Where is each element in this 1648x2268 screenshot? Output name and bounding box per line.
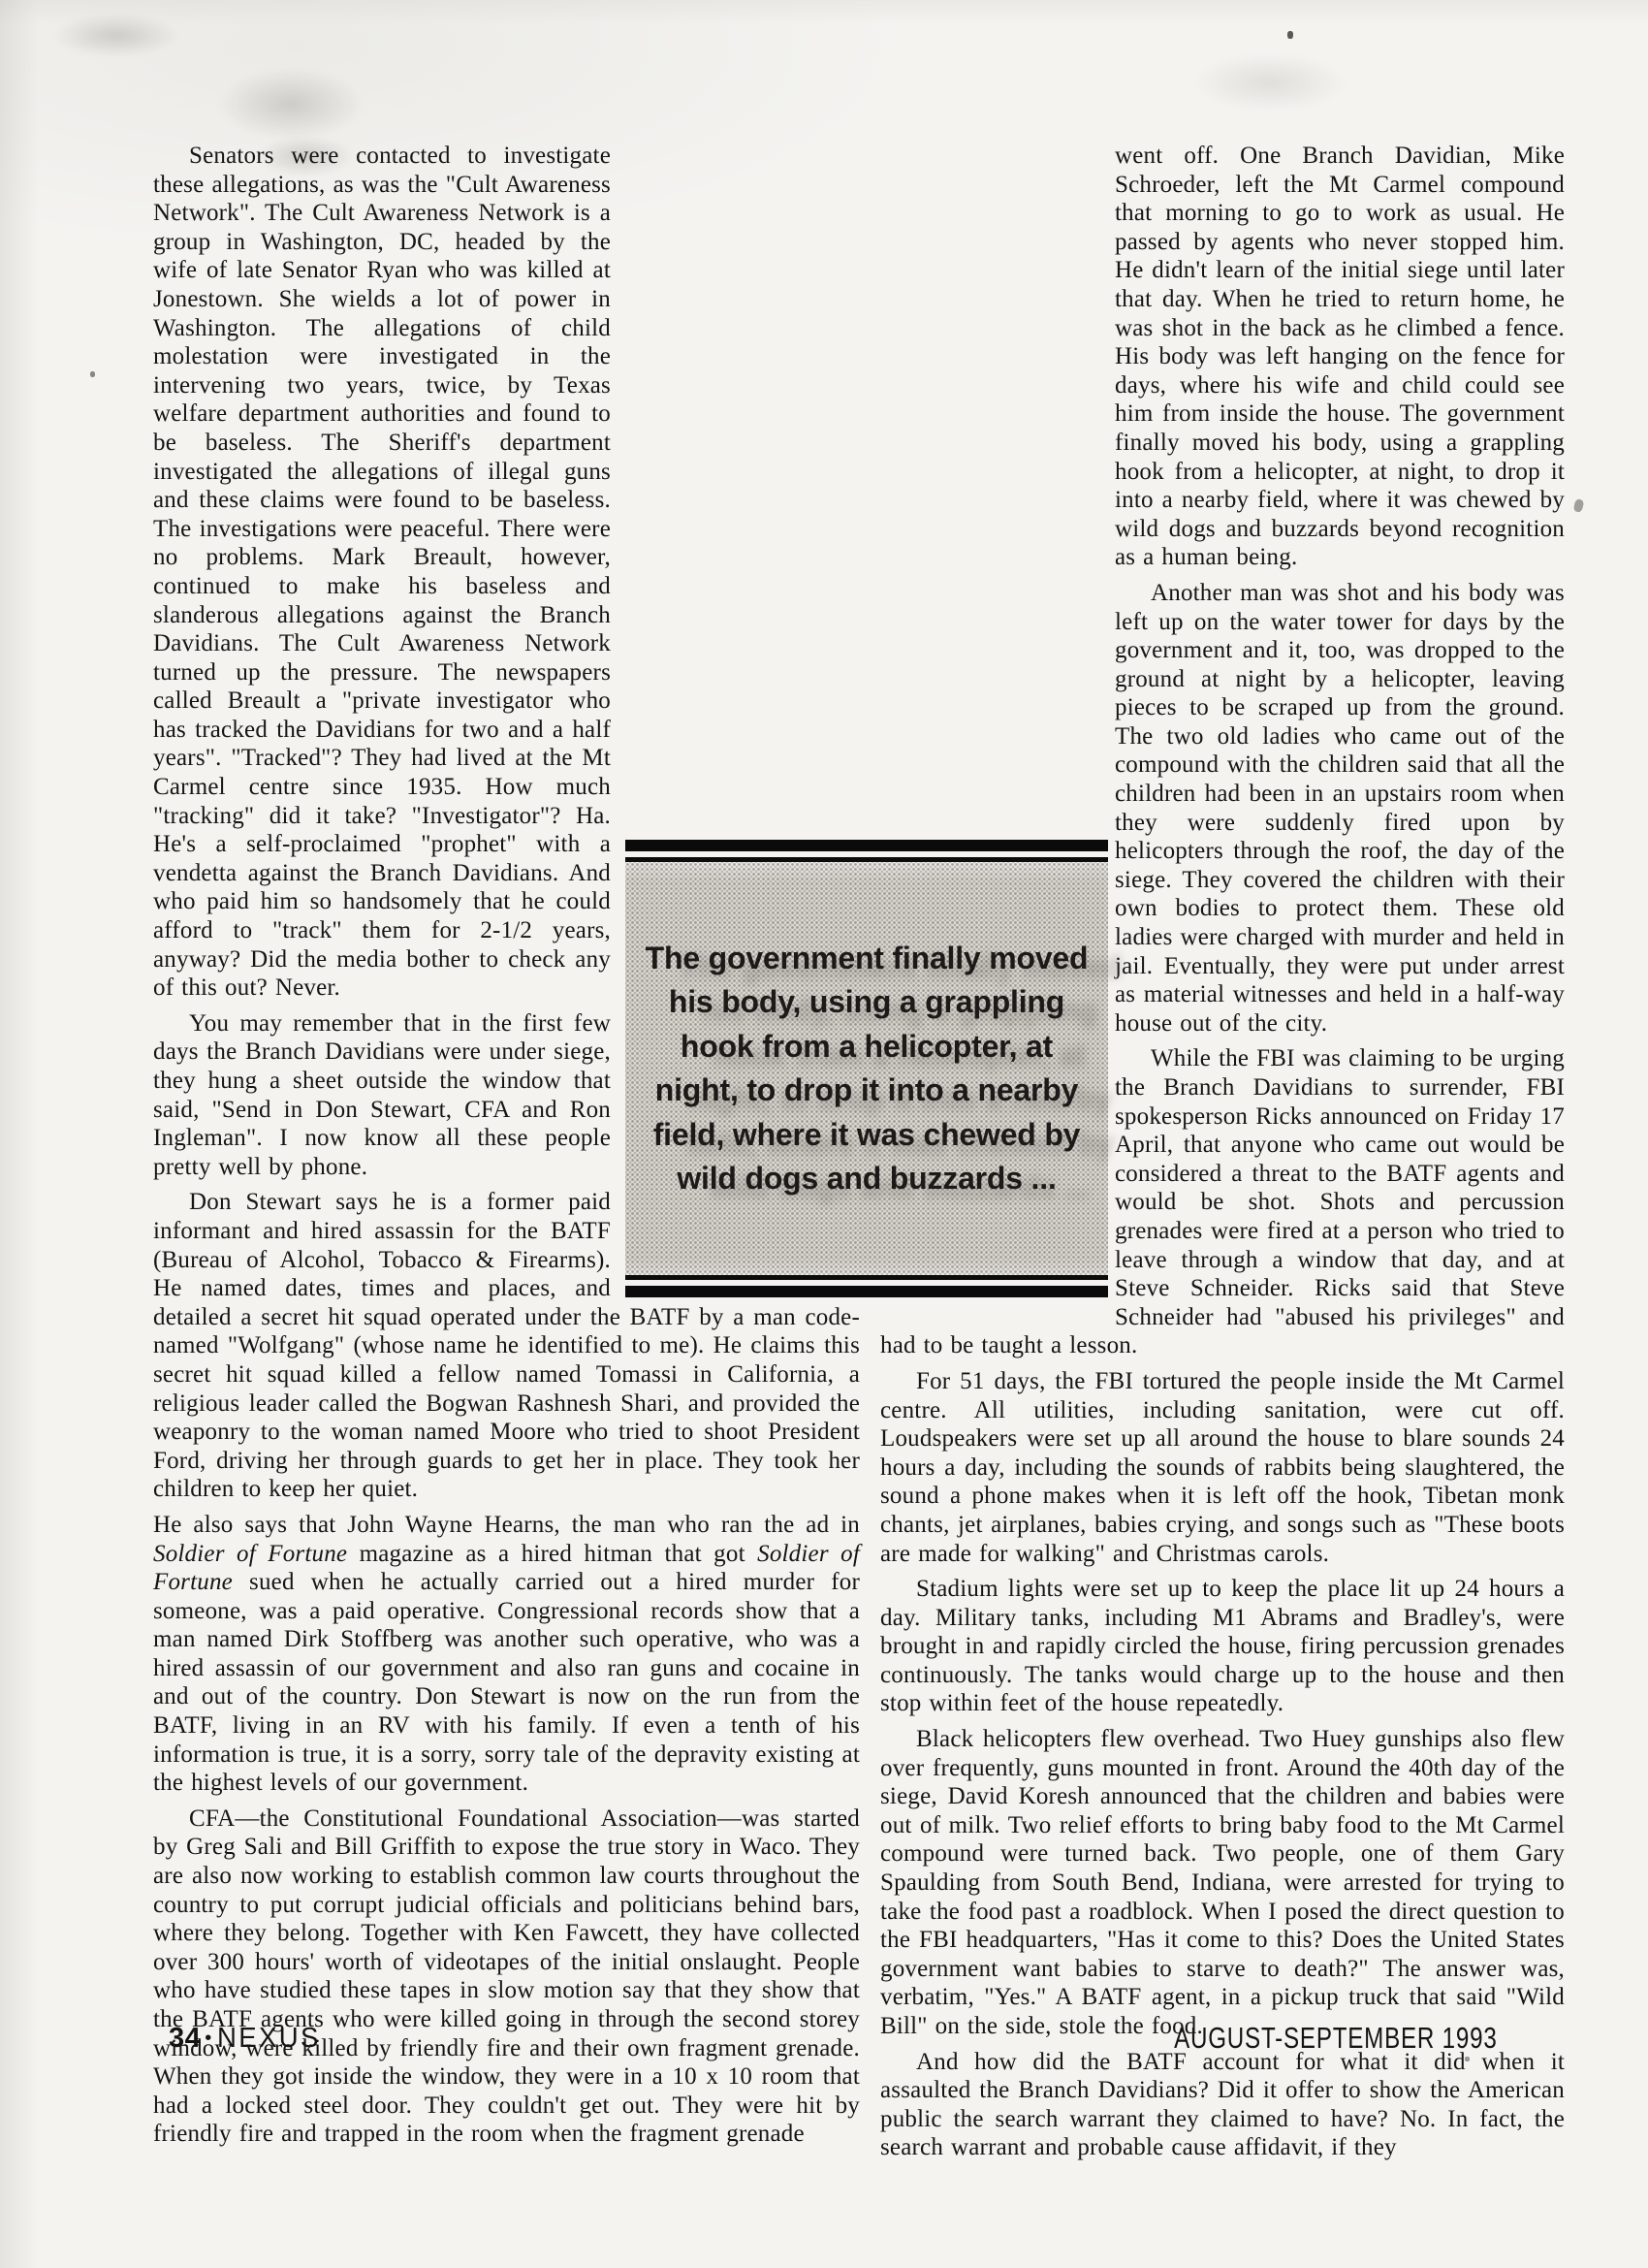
italic-text-run: Soldier of Fortune	[153, 1541, 347, 1567]
footer-issue-date: AUGUST-SEPTEMBER 1993	[1174, 2021, 1498, 2056]
footer: 34 • NEXUS	[169, 2023, 327, 2055]
pull-quote-text: The government finally moved his body, u…	[637, 937, 1096, 1201]
pullquote-top-bar	[625, 840, 1108, 851]
scan-speck	[1573, 498, 1585, 513]
paragraph: He also says that John Wayne Hearns, the…	[153, 1511, 860, 1798]
text-run: went off. One Branch Davidian, Mike Schr…	[1115, 143, 1565, 570]
paragraph: Stadium lights were set up to keep the p…	[880, 1575, 1565, 1718]
text-run: Another man was shot and his body was le…	[1115, 580, 1565, 1037]
text-run: He also says that John Wayne Hearns, the…	[153, 1512, 860, 1538]
magazine-title: NEXUS	[217, 2023, 321, 2055]
text-run: magazine as a hired hitman that got	[347, 1541, 757, 1567]
text-run: And how did the BATF account for what it…	[880, 2049, 1565, 2161]
paragraph: went off. One Branch Davidian, Mike Schr…	[880, 142, 1565, 572]
scan-speck	[1287, 31, 1293, 39]
paragraph: Black helicopters flew overhead. Two Hue…	[880, 1725, 1565, 2041]
text-run: You may remember that in the first few d…	[153, 1010, 611, 1180]
scan-speck	[90, 371, 95, 377]
pull-quote: The government finally moved his body, u…	[625, 840, 1108, 1297]
text-run: sued when he actually carried out a hire…	[153, 1569, 860, 1796]
scan-smudge	[1192, 53, 1347, 112]
text-run: Stadium lights were set up to keep the p…	[880, 1576, 1565, 1716]
pullquote-bottom-bar	[625, 1286, 1108, 1297]
text-run: Senators were contacted to investigate t…	[153, 143, 611, 1001]
paragraph: And how did the BATF account for what it…	[880, 2048, 1565, 2162]
scan-smudge	[218, 68, 364, 141]
text-run: CFA—the Constitutional Foundational Asso…	[153, 1805, 860, 2148]
text-run: For 51 days, the FBI tortured the people…	[880, 1368, 1565, 1567]
scan-smudge	[53, 14, 179, 57]
paragraph: For 51 days, the FBI tortured the people…	[880, 1367, 1565, 1568]
pullquote-body: The government finally moved his body, u…	[625, 862, 1108, 1275]
magazine-page: Senators were contacted to investigate t…	[0, 0, 1648, 2268]
paragraph: CFA—the Constitutional Foundational Asso…	[153, 1805, 860, 2149]
text-run: Black helicopters flew overhead. Two Hue…	[880, 1726, 1565, 2039]
footer-page-number: 34	[169, 2023, 201, 2055]
bullet-separator-icon: •	[205, 2028, 211, 2050]
